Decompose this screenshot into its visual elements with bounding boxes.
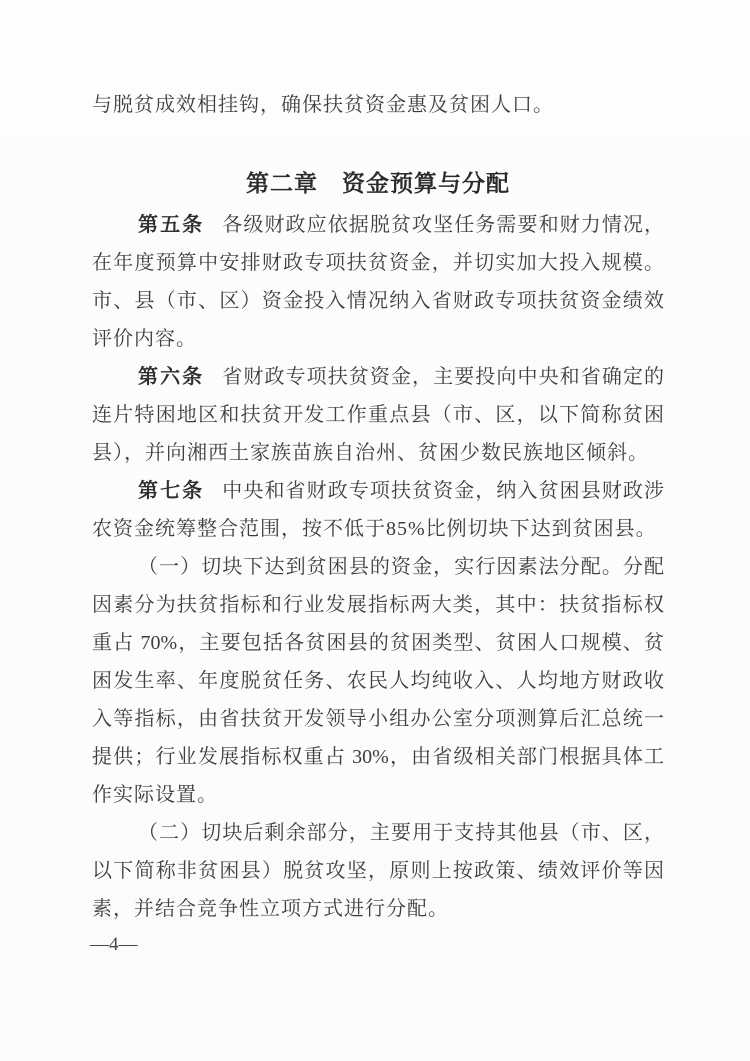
text-line: 评价内容。 — [92, 320, 664, 358]
article-paragraph-5: 第五条各级财政应依据脱贫攻坚任务需要和财力情况， 在年度预算中安排财政专项扶贫资… — [92, 206, 664, 358]
text-line: 提供；行业发展指标权重占 30%，由省级相关部门根据具体工 — [92, 738, 664, 776]
text-line-segment: 各级财政应依据脱贫攻坚任务需要和财力情况， — [222, 214, 664, 236]
text-line: 以下简称非贫困县）脱贫攻坚，原则上按政策、绩效评价等因 — [92, 852, 664, 890]
text-line: 困发生率、年度脱贫任务、农民人均纯收入、人均地方财政收 — [92, 662, 664, 700]
text-line: （二）切块后剩余部分，主要用于支持其他县（市、区， — [92, 814, 664, 852]
text-line: 作实际设置。 — [92, 776, 664, 814]
text-line: 入等指标，由省扶贫开发领导小组办公室分项测算后汇总统一 — [92, 700, 664, 738]
item-paragraph-1: （一）切块下达到贫困县的资金，实行因素法分配。分配 因素分为扶贫指标和行业发展指… — [92, 548, 664, 814]
text-line: 第五条各级财政应依据脱贫攻坚任务需要和财力情况， — [92, 206, 664, 244]
text-line: 第七条中央和省财政专项扶贫资金，纳入贫困县财政涉 — [92, 472, 664, 510]
item-paragraph-2: （二）切块后剩余部分，主要用于支持其他县（市、区， 以下简称非贫困县）脱贫攻坚，… — [92, 814, 664, 928]
document-body: 与脱贫成效相挂钩，确保扶贫资金惠及贫困人口。 第二章 资金预算与分配 第五条各级… — [92, 86, 664, 928]
text-line: 县），并向湘西土家族苗族自治州、贫困少数民族地区倾斜。 — [92, 434, 664, 472]
article-label: 第五条 — [138, 214, 204, 236]
text-line: 重占 70%，主要包括各贫困县的贫困类型、贫困人口规模、贫 — [92, 624, 664, 662]
text-line: 因素分为扶贫指标和行业发展指标两大类，其中：扶贫指标权 — [92, 586, 664, 624]
text-line: 连片特困地区和扶贫开发工作重点县（市、区，以下简称贫困 — [92, 396, 664, 434]
page-number: —4— — [90, 934, 138, 956]
text-line-segment: 中央和省财政专项扶贫资金，纳入贫困县财政涉 — [222, 480, 664, 502]
text-line-segment: 省财政专项扶贫资金，主要投向中央和省确定的 — [222, 366, 664, 388]
text-line: 农资金统筹整合范围，按不低于85%比例切块下达到贫困县。 — [92, 510, 664, 548]
article-label: 第七条 — [138, 480, 204, 502]
article-paragraph-7: 第七条中央和省财政专项扶贫资金，纳入贫困县财政涉 农资金统筹整合范围，按不低于8… — [92, 472, 664, 548]
text-line: 市、县（市、区）资金投入情况纳入省财政专项扶贫资金绩效 — [92, 282, 664, 320]
scanned-document-page: 与脱贫成效相挂钩，确保扶贫资金惠及贫困人口。 第二章 资金预算与分配 第五条各级… — [0, 0, 750, 1061]
text-line: 在年度预算中安排财政专项扶贫资金，并切实加大投入规模。 — [92, 244, 664, 282]
chapter-heading: 第二章 资金预算与分配 — [92, 164, 664, 202]
text-line: 第六条省财政专项扶贫资金，主要投向中央和省确定的 — [92, 358, 664, 396]
text-line: 素，并结合竞争性立项方式进行分配。 — [92, 890, 664, 928]
text-line-continuation: 与脱贫成效相挂钩，确保扶贫资金惠及贫困人口。 — [92, 86, 664, 124]
article-label: 第六条 — [138, 366, 204, 388]
text-line: （一）切块下达到贫困县的资金，实行因素法分配。分配 — [92, 548, 664, 586]
article-paragraph-6: 第六条省财政专项扶贫资金，主要投向中央和省确定的 连片特困地区和扶贫开发工作重点… — [92, 358, 664, 472]
